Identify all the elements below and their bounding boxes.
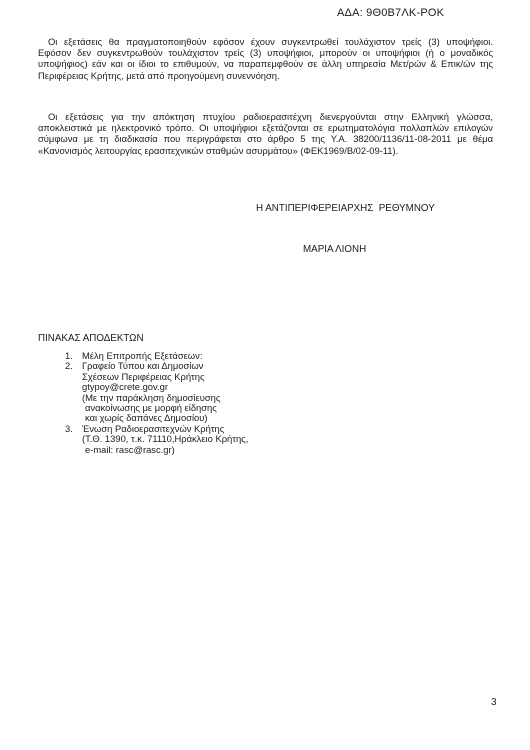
paragraph-line: υποψήφιος) εάν και οι ίδιοι το επιθυμούν… bbox=[38, 58, 493, 69]
signature-title: Η ΑΝΤΙΠΕΡΙΦΕΡΕΙΑΡΧΗΣ ΡΕΘΥΜΝΟΥ bbox=[256, 203, 435, 214]
paragraph-line: Οι εξετάσεις θα πραγματοποιηθούν εφόσον … bbox=[38, 36, 493, 47]
ada-code: ΑΔΑ: 9Θ0Β7ΛΚ-ΡΟΚ bbox=[337, 7, 444, 19]
list-item-number: 2. bbox=[65, 361, 82, 371]
paragraph-line: σύμφωνα με τη διαδικασία που περιγράφετα… bbox=[38, 133, 493, 144]
list-item-number: 3. bbox=[65, 424, 82, 434]
paragraph-line: Οι εξετάσεις για την απόκτηση πτυχίου ρα… bbox=[38, 111, 493, 122]
list-item: 3. Ένωση Ραδιοερασιτεχνών Κρήτης (Τ.Θ. 1… bbox=[65, 424, 325, 455]
paragraph-line: Περιφέρειας Κρήτης, μετά από προηγούμενη… bbox=[38, 70, 493, 81]
paragraph-line: Εφόσον δεν συγκεντρωθούν τουλάχιστον τρε… bbox=[38, 47, 493, 58]
recipients-heading: ΠΙΝΑΚΑΣ ΑΠΟΔΕΚΤΩΝ bbox=[38, 333, 144, 344]
paragraph-exams-conditions: Οι εξετάσεις θα πραγματοποιηθούν εφόσον … bbox=[38, 36, 493, 81]
paragraph-exams-procedure: Οι εξετάσεις για την απόκτηση πτυχίου ρα… bbox=[38, 111, 493, 156]
recipients-list: 1. Μέλη Επιτροπής Εξετάσεων: 2. Γραφείο … bbox=[65, 351, 325, 455]
list-item-line: e-mail: rasc@rasc.gr) bbox=[82, 445, 325, 455]
paragraph-line: αποκλειστικά με ηλεκτρονικό τρόπο. Οι υπ… bbox=[38, 122, 493, 133]
document-page: ΑΔΑ: 9Θ0Β7ΛΚ-ΡΟΚ Οι εξετάσεις θα πραγματ… bbox=[0, 0, 530, 750]
signature-name: ΜΑΡΙΑ ΛΙΟΝΗ bbox=[303, 244, 366, 255]
page-number: 3 bbox=[491, 697, 497, 708]
paragraph-line: «Κανονισμός λειτουργίας ερασιτεχνικών στ… bbox=[38, 145, 493, 156]
list-item: 2. Γραφείο Τύπου και Δημοσίων Σχέσεων Πε… bbox=[65, 361, 325, 423]
